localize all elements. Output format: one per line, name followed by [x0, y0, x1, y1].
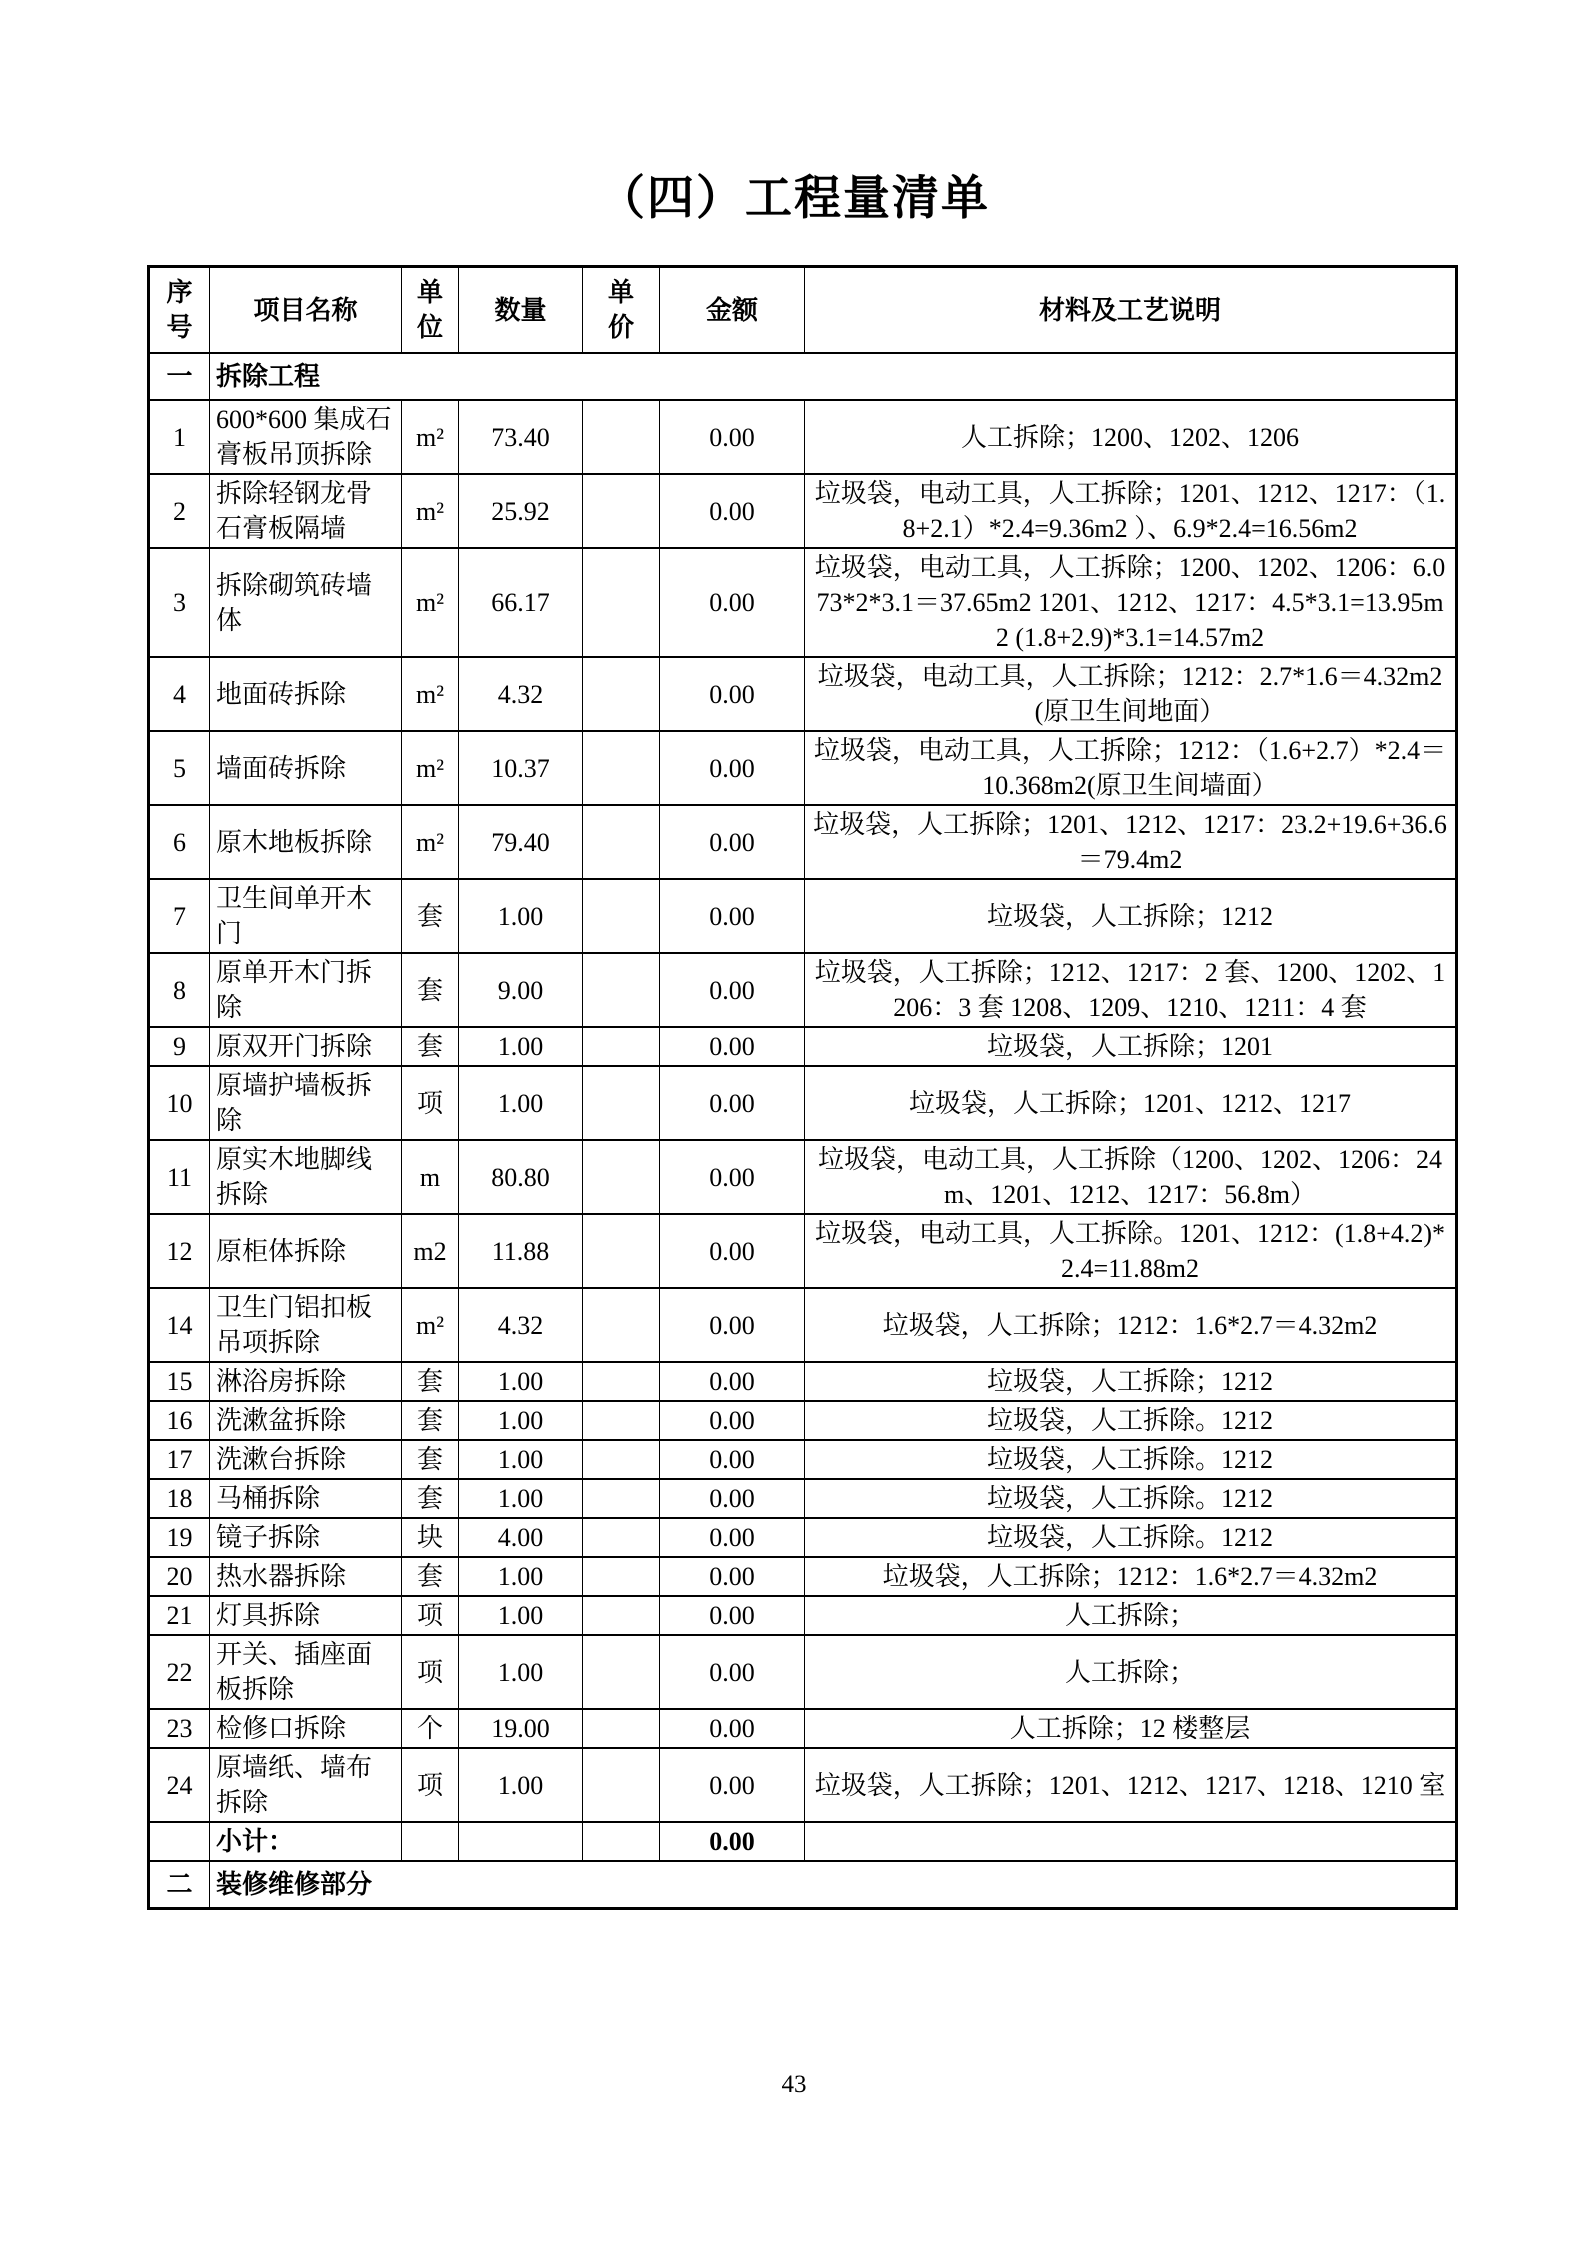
item-name-cell: 原双开门拆除	[210, 1027, 402, 1066]
item-index-cell: 3	[149, 548, 210, 657]
item-amount-cell: 0.00	[660, 1557, 805, 1596]
item-qty-cell: 1.00	[459, 1401, 583, 1440]
item-row: 6原木地板拆除m²79.400.00垃圾袋，人工拆除；1201、1212、121…	[149, 805, 1457, 879]
item-unit-cell: 个	[402, 1709, 459, 1748]
item-unit-cell: 块	[402, 1518, 459, 1557]
header-qty: 数量	[459, 267, 583, 354]
item-amount-cell: 0.00	[660, 953, 805, 1027]
header-unit-price-label: 单价	[606, 275, 636, 345]
item-unit-cell: 套	[402, 1557, 459, 1596]
page-number: 43	[0, 2070, 1588, 2100]
item-notes-cell: 垃圾袋，电动工具，人工拆除。1201、1212：(1.8+4.2)*2.4=11…	[805, 1214, 1457, 1288]
item-qty-cell: 80.80	[459, 1140, 583, 1214]
item-unit-cell: 套	[402, 879, 459, 953]
item-row: 16洗漱盆拆除套1.000.00垃圾袋，人工拆除。1212	[149, 1401, 1457, 1440]
item-qty-cell: 1.00	[459, 1635, 583, 1709]
section-label-cell: 拆除工程	[210, 353, 1457, 400]
item-unit-cell: m²	[402, 731, 459, 805]
item-qty-cell: 79.40	[459, 805, 583, 879]
item-unit-price-cell	[583, 1557, 660, 1596]
item-amount-cell: 0.00	[660, 657, 805, 731]
item-qty-cell: 1.00	[459, 879, 583, 953]
item-unit-price-cell	[583, 474, 660, 548]
item-index-cell: 21	[149, 1596, 210, 1635]
item-amount-cell: 0.00	[660, 1362, 805, 1401]
item-amount-cell: 0.00	[660, 1635, 805, 1709]
item-amount-cell: 0.00	[660, 1140, 805, 1214]
item-name-cell: 原单开木门拆除	[210, 953, 402, 1027]
item-unit-cell: 套	[402, 1027, 459, 1066]
item-unit-price-cell	[583, 1479, 660, 1518]
item-unit-price-cell	[583, 1709, 660, 1748]
item-name-cell: 马桶拆除	[210, 1479, 402, 1518]
item-index-cell: 10	[149, 1066, 210, 1140]
page-title: （四）工程量清单	[0, 168, 1588, 230]
item-unit-price-cell	[583, 657, 660, 731]
item-amount-cell: 0.00	[660, 1518, 805, 1557]
item-index-cell: 22	[149, 1635, 210, 1709]
item-index-cell: 19	[149, 1518, 210, 1557]
item-name-cell: 灯具拆除	[210, 1596, 402, 1635]
item-unit-price-cell	[583, 953, 660, 1027]
item-row: 9原双开门拆除套1.000.00垃圾袋，人工拆除；1201	[149, 1027, 1457, 1066]
item-row: 7卫生间单开木门套1.000.00垃圾袋，人工拆除；1212	[149, 879, 1457, 953]
header-unit-price: 单价	[583, 267, 660, 354]
item-row: 3拆除砌筑砖墙体m²66.170.00垃圾袋，电动工具，人工拆除；1200、12…	[149, 548, 1457, 657]
subtotal-unit-cell	[402, 1822, 459, 1861]
item-amount-cell: 0.00	[660, 548, 805, 657]
item-qty-cell: 11.88	[459, 1214, 583, 1288]
item-unit-cell: 套	[402, 1440, 459, 1479]
item-unit-cell: m²	[402, 548, 459, 657]
item-qty-cell: 1.00	[459, 1557, 583, 1596]
item-name-cell: 原墙纸、墙布拆除	[210, 1748, 402, 1822]
item-name-cell: 地面砖拆除	[210, 657, 402, 731]
item-name-cell: 原木地板拆除	[210, 805, 402, 879]
item-row: 22开关、插座面板拆除项1.000.00人工拆除；	[149, 1635, 1457, 1709]
item-notes-cell: 垃圾袋，人工拆除。1212	[805, 1479, 1457, 1518]
item-index-cell: 14	[149, 1288, 210, 1362]
item-qty-cell: 1.00	[459, 1479, 583, 1518]
item-row: 8原单开木门拆除套9.000.00垃圾袋，人工拆除；1212、1217：2 套、…	[149, 953, 1457, 1027]
item-notes-cell: 垃圾袋，人工拆除。1212	[805, 1440, 1457, 1479]
item-amount-cell: 0.00	[660, 1596, 805, 1635]
header-notes: 材料及工艺说明	[805, 267, 1457, 354]
item-notes-cell: 人工拆除；	[805, 1596, 1457, 1635]
item-name-cell: 原实木地脚线拆除	[210, 1140, 402, 1214]
item-qty-cell: 19.00	[459, 1709, 583, 1748]
item-notes-cell: 垃圾袋，电动工具，人工拆除（1200、1202、1206：24m、1201、12…	[805, 1140, 1457, 1214]
item-unit-price-cell	[583, 1140, 660, 1214]
item-index-cell: 6	[149, 805, 210, 879]
item-notes-cell: 垃圾袋，电动工具，人工拆除；1201、1212、1217：（1.8+2.1）*2…	[805, 474, 1457, 548]
item-unit-price-cell	[583, 1518, 660, 1557]
header-unit: 单位	[402, 267, 459, 354]
item-row: 24原墙纸、墙布拆除项1.000.00垃圾袋，人工拆除；1201、1212、12…	[149, 1748, 1457, 1822]
item-unit-price-cell	[583, 1214, 660, 1288]
item-qty-cell: 1.00	[459, 1440, 583, 1479]
item-name-cell: 600*600 集成石膏板吊顶拆除	[210, 400, 402, 474]
item-index-cell: 12	[149, 1214, 210, 1288]
item-unit-price-cell	[583, 1288, 660, 1362]
item-name-cell: 墙面砖拆除	[210, 731, 402, 805]
item-name-cell: 热水器拆除	[210, 1557, 402, 1596]
item-amount-cell: 0.00	[660, 805, 805, 879]
item-row: 12原柜体拆除m211.880.00垃圾袋，电动工具，人工拆除。1201、121…	[149, 1214, 1457, 1288]
item-unit-price-cell	[583, 1748, 660, 1822]
item-notes-cell: 人工拆除；	[805, 1635, 1457, 1709]
item-unit-cell: 项	[402, 1596, 459, 1635]
item-name-cell: 拆除砌筑砖墙体	[210, 548, 402, 657]
item-index-cell: 7	[149, 879, 210, 953]
item-name-cell: 检修口拆除	[210, 1709, 402, 1748]
item-row: 1600*600 集成石膏板吊顶拆除m²73.400.00人工拆除；1200、1…	[149, 400, 1457, 474]
item-notes-cell: 垃圾袋，人工拆除；1201、1212、1217、1218、1210 室	[805, 1748, 1457, 1822]
item-unit-cell: 套	[402, 1479, 459, 1518]
item-notes-cell: 垃圾袋，人工拆除；1201	[805, 1027, 1457, 1066]
item-unit-cell: m²	[402, 657, 459, 731]
item-unit-cell: m²	[402, 400, 459, 474]
item-notes-cell: 垃圾袋，电动工具，人工拆除；1212：2.7*1.6＝4.32m2(原卫生间地面…	[805, 657, 1457, 731]
subtotal-row: 小计：0.00	[149, 1822, 1457, 1861]
item-unit-price-cell	[583, 1027, 660, 1066]
item-unit-price-cell	[583, 400, 660, 474]
item-index-cell: 1	[149, 400, 210, 474]
item-amount-cell: 0.00	[660, 1401, 805, 1440]
item-row: 21灯具拆除项1.000.00人工拆除；	[149, 1596, 1457, 1635]
item-notes-cell: 垃圾袋，人工拆除；1212	[805, 879, 1457, 953]
item-index-cell: 15	[149, 1362, 210, 1401]
section-row: 一拆除工程	[149, 353, 1457, 400]
item-unit-cell: m	[402, 1140, 459, 1214]
item-notes-cell: 垃圾袋，人工拆除。1212	[805, 1518, 1457, 1557]
item-notes-cell: 垃圾袋，电动工具，人工拆除；1200、1202、1206：6.073*2*3.1…	[805, 548, 1457, 657]
item-row: 5墙面砖拆除m²10.370.00垃圾袋，电动工具，人工拆除；1212：（1.6…	[149, 731, 1457, 805]
item-name-cell: 镜子拆除	[210, 1518, 402, 1557]
item-unit-cell: m²	[402, 1288, 459, 1362]
item-index-cell: 16	[149, 1401, 210, 1440]
item-amount-cell: 0.00	[660, 1066, 805, 1140]
item-qty-cell: 4.32	[459, 657, 583, 731]
item-qty-cell: 1.00	[459, 1596, 583, 1635]
item-amount-cell: 0.00	[660, 474, 805, 548]
item-unit-price-cell	[583, 1362, 660, 1401]
section-label-cell: 装修维修部分	[210, 1861, 1457, 1909]
item-name-cell: 淋浴房拆除	[210, 1362, 402, 1401]
subtotal-index-cell	[149, 1822, 210, 1861]
item-notes-cell: 垃圾袋，人工拆除；1212	[805, 1362, 1457, 1401]
item-notes-cell: 人工拆除；1200、1202、1206	[805, 400, 1457, 474]
item-row: 11原实木地脚线拆除m80.800.00垃圾袋，电动工具，人工拆除（1200、1…	[149, 1140, 1457, 1214]
item-name-cell: 卫生门铝扣板吊项拆除	[210, 1288, 402, 1362]
item-row: 4地面砖拆除m²4.320.00垃圾袋，电动工具，人工拆除；1212：2.7*1…	[149, 657, 1457, 731]
header-index-label: 序号	[165, 275, 195, 345]
item-index-cell: 18	[149, 1479, 210, 1518]
item-notes-cell: 垃圾袋，电动工具，人工拆除；1212：（1.6+2.7）*2.4＝10.368m…	[805, 731, 1457, 805]
item-unit-cell: 项	[402, 1066, 459, 1140]
item-amount-cell: 0.00	[660, 1440, 805, 1479]
item-amount-cell: 0.00	[660, 1709, 805, 1748]
item-name-cell: 原柜体拆除	[210, 1214, 402, 1288]
item-unit-price-cell	[583, 805, 660, 879]
item-name-cell: 卫生间单开木门	[210, 879, 402, 953]
item-unit-price-cell	[583, 1596, 660, 1635]
item-name-cell: 洗漱盆拆除	[210, 1401, 402, 1440]
item-notes-cell: 垃圾袋，人工拆除；1201、1212、1217	[805, 1066, 1457, 1140]
subtotal-label-cell: 小计：	[210, 1822, 402, 1861]
item-notes-cell: 人工拆除；12 楼整层	[805, 1709, 1457, 1748]
item-qty-cell: 25.92	[459, 474, 583, 548]
item-notes-cell: 垃圾袋，人工拆除；1212：1.6*2.7＝4.32m2	[805, 1288, 1457, 1362]
item-name-cell: 开关、插座面板拆除	[210, 1635, 402, 1709]
item-index-cell: 11	[149, 1140, 210, 1214]
item-unit-cell: 项	[402, 1635, 459, 1709]
item-amount-cell: 0.00	[660, 400, 805, 474]
header-name: 项目名称	[210, 267, 402, 354]
item-unit-price-cell	[583, 1440, 660, 1479]
item-qty-cell: 10.37	[459, 731, 583, 805]
item-unit-cell: 套	[402, 1401, 459, 1440]
item-amount-cell: 0.00	[660, 1748, 805, 1822]
item-row: 17洗漱台拆除套1.000.00垃圾袋，人工拆除。1212	[149, 1440, 1457, 1479]
item-qty-cell: 73.40	[459, 400, 583, 474]
section-index-cell: 一	[149, 353, 210, 400]
item-qty-cell: 9.00	[459, 953, 583, 1027]
item-notes-cell: 垃圾袋，人工拆除；1212：1.6*2.7＝4.32m2	[805, 1557, 1457, 1596]
item-unit-price-cell	[583, 879, 660, 953]
item-unit-price-cell	[583, 731, 660, 805]
table-header-row: 序号 项目名称 单位 数量 单价 金额 材料及工艺说明	[149, 267, 1457, 354]
section-row: 二装修维修部分	[149, 1861, 1457, 1909]
item-amount-cell: 0.00	[660, 1214, 805, 1288]
item-unit-price-cell	[583, 1401, 660, 1440]
quantity-table-body: 一拆除工程1600*600 集成石膏板吊顶拆除m²73.400.00人工拆除；1…	[149, 353, 1457, 1909]
item-index-cell: 5	[149, 731, 210, 805]
item-unit-cell: 套	[402, 953, 459, 1027]
item-row: 23检修口拆除个19.000.00人工拆除；12 楼整层	[149, 1709, 1457, 1748]
item-unit-cell: 项	[402, 1748, 459, 1822]
item-row: 20热水器拆除套1.000.00垃圾袋，人工拆除；1212：1.6*2.7＝4.…	[149, 1557, 1457, 1596]
item-row: 2拆除轻钢龙骨石膏板隔墙m²25.920.00垃圾袋，电动工具，人工拆除；120…	[149, 474, 1457, 548]
item-unit-price-cell	[583, 1066, 660, 1140]
item-qty-cell: 1.00	[459, 1748, 583, 1822]
subtotal-notes-cell	[805, 1822, 1457, 1861]
item-name-cell: 洗漱台拆除	[210, 1440, 402, 1479]
quantity-table: 序号 项目名称 单位 数量 单价 金额 材料及工艺说明 一拆除工程1600*60…	[147, 265, 1458, 1910]
item-notes-cell: 垃圾袋，人工拆除；1201、1212、1217：23.2+19.6+36.6＝7…	[805, 805, 1457, 879]
item-row: 10原墙护墙板拆除项1.000.00垃圾袋，人工拆除；1201、1212、121…	[149, 1066, 1457, 1140]
item-qty-cell: 1.00	[459, 1362, 583, 1401]
item-qty-cell: 1.00	[459, 1066, 583, 1140]
item-row: 19镜子拆除块4.000.00垃圾袋，人工拆除。1212	[149, 1518, 1457, 1557]
item-index-cell: 4	[149, 657, 210, 731]
subtotal-amount-cell: 0.00	[660, 1822, 805, 1861]
item-amount-cell: 0.00	[660, 1479, 805, 1518]
item-unit-cell: m²	[402, 805, 459, 879]
header-unit-label: 单位	[415, 275, 445, 345]
item-row: 15淋浴房拆除套1.000.00垃圾袋，人工拆除；1212	[149, 1362, 1457, 1401]
header-amount: 金额	[660, 267, 805, 354]
item-notes-cell: 垃圾袋，人工拆除；1212、1217：2 套、1200、1202、1206：3 …	[805, 953, 1457, 1027]
item-unit-cell: m2	[402, 1214, 459, 1288]
item-amount-cell: 0.00	[660, 731, 805, 805]
item-index-cell: 24	[149, 1748, 210, 1822]
item-qty-cell: 1.00	[459, 1027, 583, 1066]
item-index-cell: 2	[149, 474, 210, 548]
header-index: 序号	[149, 267, 210, 354]
item-index-cell: 17	[149, 1440, 210, 1479]
item-index-cell: 9	[149, 1027, 210, 1066]
item-row: 18马桶拆除套1.000.00垃圾袋，人工拆除。1212	[149, 1479, 1457, 1518]
item-amount-cell: 0.00	[660, 1027, 805, 1066]
item-name-cell: 原墙护墙板拆除	[210, 1066, 402, 1140]
item-qty-cell: 4.32	[459, 1288, 583, 1362]
subtotal-unit-price-cell	[583, 1822, 660, 1861]
item-notes-cell: 垃圾袋，人工拆除。1212	[805, 1401, 1457, 1440]
item-name-cell: 拆除轻钢龙骨石膏板隔墙	[210, 474, 402, 548]
item-index-cell: 23	[149, 1709, 210, 1748]
item-amount-cell: 0.00	[660, 879, 805, 953]
item-unit-cell: 套	[402, 1362, 459, 1401]
item-unit-cell: m²	[402, 474, 459, 548]
item-unit-price-cell	[583, 1635, 660, 1709]
document-page: （四）工程量清单 序号 项目名称 单位 数量 单价 金额 材料及工艺说明 一拆除…	[0, 0, 1588, 2246]
item-unit-price-cell	[583, 548, 660, 657]
item-index-cell: 20	[149, 1557, 210, 1596]
section-index-cell: 二	[149, 1861, 210, 1909]
item-index-cell: 8	[149, 953, 210, 1027]
subtotal-qty-cell	[459, 1822, 583, 1861]
item-row: 14卫生门铝扣板吊项拆除m²4.320.00垃圾袋，人工拆除；1212：1.6*…	[149, 1288, 1457, 1362]
item-qty-cell: 66.17	[459, 548, 583, 657]
item-qty-cell: 4.00	[459, 1518, 583, 1557]
item-amount-cell: 0.00	[660, 1288, 805, 1362]
